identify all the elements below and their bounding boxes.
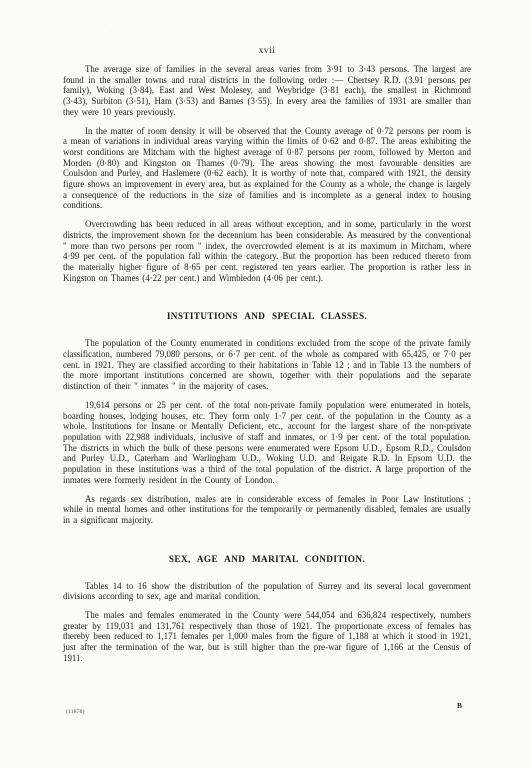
signature-mark: B [457,701,462,710]
paragraph-room-density: In the matter of room density it will be… [63,126,471,212]
print-code: (11876) [66,709,85,715]
page-text-column: xvii The average size of families in the… [0,0,531,664]
heading-sex-age-marital-condition: SEX, AGE AND MARITAL CONDITION. [63,554,471,565]
paragraph-non-private-population: The population of the County enumerated … [63,338,471,392]
page-number: xvii [63,46,471,57]
paragraph-sex-distribution-institutions: As regards sex distribution, males are i… [63,494,471,526]
paragraph-tables-14-to-16: Tables 14 to 16 show the distribution of… [63,581,471,602]
paragraph-males-females-counts: The males and females enumerated in the … [63,610,471,664]
paragraph-family-size: The average size of families in the seve… [63,64,471,118]
paragraph-institution-populations: 19,614 persons or 25 per cent. of the to… [63,400,471,486]
paragraph-overcrowding: Overcrowding has been reduced in all are… [63,219,471,283]
heading-institutions-and-special-classes: INSTITUTIONS AND SPECIAL CLASSES. [63,311,471,322]
scanned-document-page: xvii The average size of families in the… [0,0,531,768]
